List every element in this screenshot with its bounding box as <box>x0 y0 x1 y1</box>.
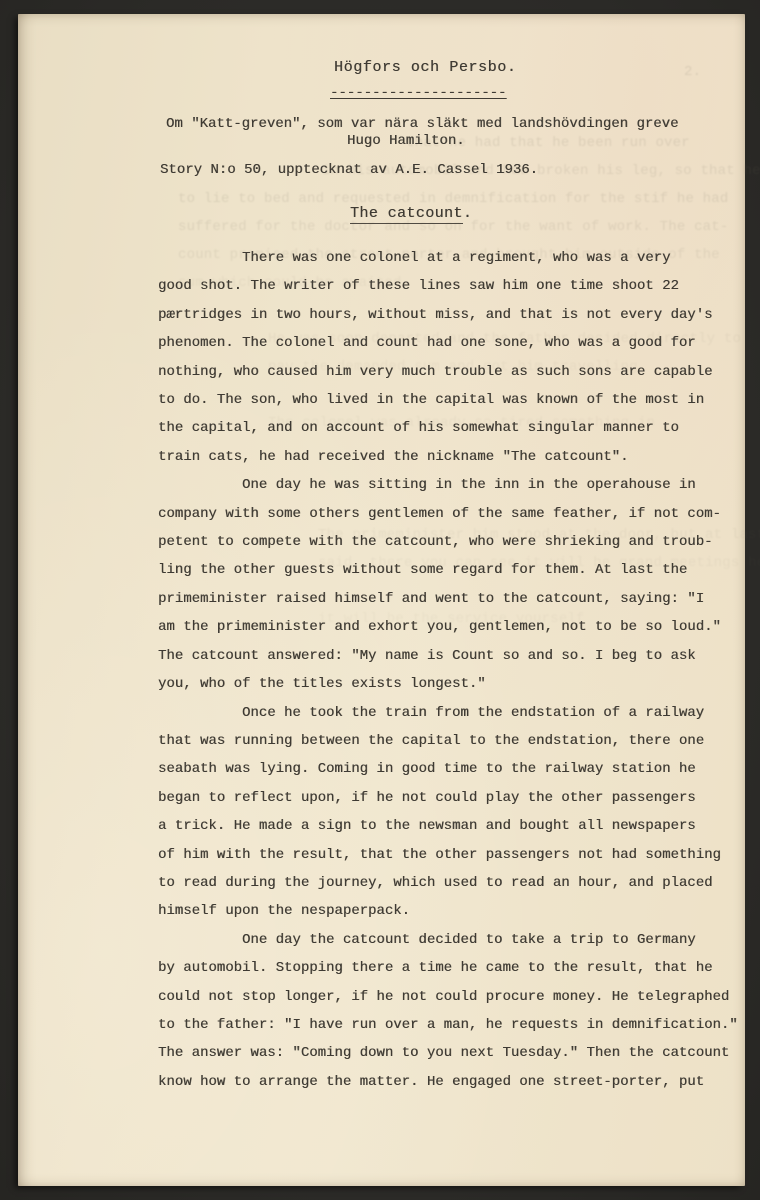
typed-line: could not stop longer, if he not could p… <box>158 983 745 1011</box>
title-underline-dashes: --------------------- <box>330 86 745 100</box>
typed-line: The catcount answered: "My name is Count… <box>158 642 745 670</box>
typed-line: of him with the result, that the other p… <box>158 841 745 869</box>
subtitle-line-1: Om "Katt-greven", som var nära släkt med… <box>166 116 745 133</box>
typed-line: One day the catcount decided to take a t… <box>158 926 745 954</box>
typed-line: by automobil. Stopping there a time he c… <box>158 954 745 982</box>
subtitle-line-2: Hugo Hamilton. <box>347 133 745 150</box>
typed-line: primeminister raised himself and went to… <box>158 585 745 613</box>
typed-line: company with some others gentlemen of th… <box>158 500 745 528</box>
typed-line: a trick. He made a sign to the newsman a… <box>158 812 745 840</box>
typed-line: seabath was lying. Coming in good time t… <box>158 755 745 783</box>
typed-line: There was one colonel at a regiment, who… <box>158 244 745 272</box>
typed-line: that was running between the capital to … <box>158 727 745 755</box>
typed-line: to do. The son, who lived in the capital… <box>158 386 745 414</box>
typed-line: petent to compete with the catcount, who… <box>158 528 745 556</box>
typed-line: Once he took the train from the endstati… <box>158 699 745 727</box>
scanned-document-page: 2.that he had that he been run overin hi… <box>18 14 745 1186</box>
typed-content: Högfors och Persbo. --------------------… <box>18 14 745 1096</box>
document-title: Högfors och Persbo. <box>334 60 745 76</box>
typed-line: am the primeminister and exhort you, gen… <box>158 613 745 641</box>
typed-line: you, who of the titles exists longest." <box>158 670 745 698</box>
typed-line: ling the other guests without some regar… <box>158 556 745 584</box>
typed-line: The answer was: "Coming down to you next… <box>158 1039 745 1067</box>
typed-line: began to reflect upon, if he not could p… <box>158 784 745 812</box>
typed-line: to read during the journey, which used t… <box>158 869 745 897</box>
typed-line: phenomen. The colonel and count had one … <box>158 329 745 357</box>
story-heading-text: The catcount <box>350 205 463 224</box>
typed-line: to the father: "I have run over a man, h… <box>158 1011 745 1039</box>
typed-line: One day he was sitting in the inn in the… <box>158 471 745 499</box>
typed-line: good shot. The writer of these lines saw… <box>158 272 745 300</box>
story-heading-period: . <box>463 205 472 222</box>
typed-line: pærtridges in two hours, without miss, a… <box>158 301 745 329</box>
typed-line: himself upon the nespaperpack. <box>158 897 745 925</box>
story-attribution-line: Story N:o 50, upptecknat av A.E. Cassel … <box>160 162 745 179</box>
story-heading: The catcount. <box>350 205 745 223</box>
typed-line: know how to arrange the matter. He engag… <box>158 1068 745 1096</box>
typed-line: train cats, he had received the nickname… <box>158 443 745 471</box>
document-body: There was one colonel at a regiment, who… <box>158 244 745 1096</box>
typed-line: nothing, who caused him very much troubl… <box>158 358 745 386</box>
typed-line: the capital, and on account of his somew… <box>158 414 745 442</box>
